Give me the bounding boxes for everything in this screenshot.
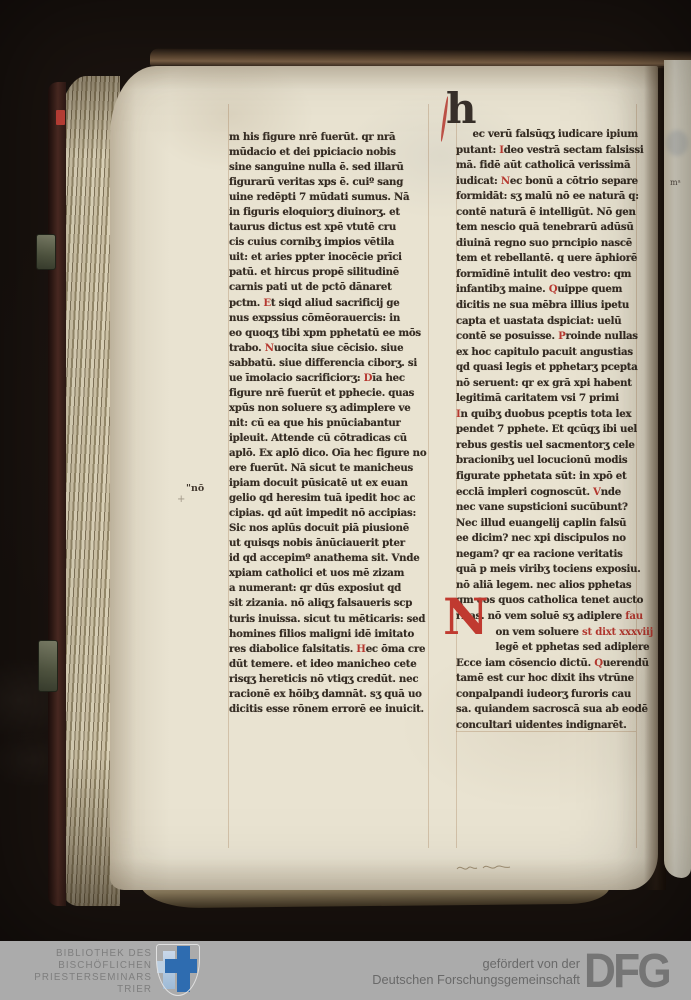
text-line: conpalpandi iudeorʒ furoris cau (456, 687, 662, 703)
text-line: figurate pphetata sūt: in xpō et (456, 469, 662, 485)
text-line: pctm. Et siqd aliud sacrificij ge (229, 296, 431, 311)
text-line: aplō. Ex aplō dico. Oīa hec figure no (229, 446, 431, 461)
footer-bar: BIBLIOTHEK DESBISCHÖFLICHENPRIESTERSEMIN… (0, 941, 691, 1000)
library-name: BIBLIOTHEK DESBISCHÖFLICHENPRIESTERSEMIN… (0, 948, 152, 996)
funding-credit-line: gefördert von der (300, 956, 580, 972)
ink-smudge (666, 130, 688, 156)
text-line: taurus dictus est xpē vtutē cru (229, 220, 431, 235)
text-line: contē se posuisse. Proinde nullas (456, 329, 662, 345)
text-line: ere fuerūt. Nā sicut te manicheus (229, 461, 431, 476)
text-line: nus expssius cōmēorauercis: in (229, 311, 431, 326)
text-line: sine sanguine nulla ē. sed illarū (229, 160, 431, 175)
facing-page-marginal-note: mᵃ (670, 178, 681, 187)
text-line: mūdacio et dei ppiciacio nobis (229, 145, 431, 160)
text-line: trabo. Nuocita siue cēcisio. siue (229, 341, 431, 356)
text-line: ec verū falsūqʒ iudicare ipium (456, 127, 662, 143)
text-line: legitimā caritatem vsi 7 primi (456, 391, 662, 407)
text-line: dicitis ne sua mēbra illius ipetu (456, 298, 662, 314)
facing-page-edge: mᵃ (664, 60, 691, 878)
text-line: diuinā regno suo prncipio nascē (456, 236, 662, 252)
text-line: ee dicim? nec xpi discipulos no (456, 531, 662, 547)
metal-clasp-top (36, 234, 56, 270)
text-line: nec vane supsticioni sucūbunt? (456, 500, 662, 516)
text-line: formidāt: sʒ malū nō ee naturā q: (456, 189, 662, 205)
text-line: Sic nos aplūs docuit piā piusionē (229, 521, 431, 536)
text-line: a numerant: qr dūs exposiut qd (229, 581, 431, 596)
manuscript-photo: mᵃ m his figure nrē fuerūt. qr nrāmūdaci… (0, 0, 691, 941)
text-line: tem nescio quā tenebrarū adūsū (456, 220, 662, 236)
text-line: in figuris eloquiorʒ diuinorʒ. et (229, 205, 431, 220)
marginal-cross-mark: + (177, 494, 185, 505)
funding-credit: gefördert von derDeutschen Forschungsgem… (300, 956, 580, 987)
text-line: mā. fidē aūt catholicā verissimā (456, 158, 662, 174)
text-line: figure nrē fuerūt et pphecie. quas (229, 386, 431, 401)
text-line: negam? qr ea racione veritatis (456, 547, 662, 563)
rubricated-initial-n: N (443, 594, 489, 640)
text-line: xpiam catholici et uos mē zizam (229, 566, 431, 581)
trier-seminary-logo (156, 944, 200, 996)
text-line: nit: cū ea que his pnūciabantur (229, 416, 431, 431)
dfg-logo: DFG (584, 946, 680, 998)
text-line: figurarū veritas xps ē. cuiº sang (229, 175, 431, 190)
text-line: sit zizania. nō aliqʒ falsaueris scp (229, 596, 431, 611)
library-name-line: BISCHÖFLICHEN (0, 960, 152, 972)
text-line: cipias. qd aūt impedit nō accipias: (229, 506, 431, 521)
text-line: carnis pati ut de pctō dānaret (229, 280, 431, 295)
text-line: xpūs non soluere sʒ adimplere ve (229, 401, 431, 416)
text-line: racionē ex hōibʒ damnāt. sʒ quā uo (229, 687, 431, 702)
text-line: concultari uidentes indignarēt. (456, 718, 662, 734)
text-line: infantibʒ maine. Quippe quem (456, 282, 662, 298)
text-line: Ecce iam cōsencio dictū. Querendū (456, 656, 662, 672)
digitized-manuscript-scan: mᵃ m his figure nrē fuerūt. qr nrāmūdaci… (0, 0, 691, 1000)
text-line: nō seruent: qr ex grā xpi habent (456, 376, 662, 392)
library-name-line: BIBLIOTHEK DES (0, 948, 152, 960)
text-line: turis inuissa. sicut tu mēticaris: sed (229, 612, 431, 627)
text-line: formīdinē intulit deo vestro: qm (456, 267, 662, 283)
text-line: homines filios maligni idē imitato (229, 627, 431, 642)
text-column-left: m his figure nrē fuerūt. qr nrāmūdacio e… (229, 130, 431, 717)
library-name-line: PRIESTERSEMINARS TRIER (0, 972, 152, 996)
text-line: ipiam docuit pūsicatē ut ex euan (229, 476, 431, 491)
text-line: dicitis esse rōnem errorē ee inuicit. (229, 702, 431, 717)
text-line: In quibʒ duobus pceptis tota lex (456, 407, 662, 423)
text-line: ipleuit. Attende cū cōtradicas cū (229, 431, 431, 446)
text-line: m his figure nrē fuerūt. qr nrā (229, 130, 431, 145)
text-line: uine redēpti 7 mūdati sumus. Nā (229, 190, 431, 205)
funding-credit-line: Deutschen Forschungsgemeinschaft (300, 972, 580, 988)
text-line: tem et rebellantē. q uere āphiorē (456, 251, 662, 267)
text-line: patū. et hircus propē silitudinē (229, 265, 431, 280)
text-line: bracionibʒ uel locucionū modis (456, 453, 662, 469)
text-line: putant: Ideo vestrā sectam falsissi (456, 143, 662, 159)
text-line: contē naturā ē intelligūt. Nō gen (456, 205, 662, 221)
text-line: pendet 7 pphete. Et qcūqʒ ibi uel (456, 422, 662, 438)
text-line: qd quasi legis et pphetarʒ pcepta (456, 360, 662, 376)
text-line: sabbatū. siue differencia ciborʒ. si (229, 356, 431, 371)
text-line: cis cuius cornibʒ impios vētila (229, 235, 431, 250)
decorated-initial-h: h (446, 88, 477, 130)
text-line: capta et uastata dspiciat: uelū (456, 314, 662, 330)
text-line: uit: et aries ppter inocēcie prīci (229, 250, 431, 265)
text-line: iudicat: Nec bonū a cōtrio separe (456, 174, 662, 190)
metal-clasp-bottom (38, 640, 58, 692)
text-line: ue īmolacio sacrificiorʒ: Dīa hec (229, 371, 431, 386)
text-line: id qd accepimº anathema sit. Vnde (229, 551, 431, 566)
text-line: eo quoqʒ tibi xpm pphetatū ee mōs (229, 326, 431, 341)
marginal-note: "nō (186, 483, 204, 494)
text-line: ut quisqs nobis ānūciauerit pter (229, 536, 431, 551)
text-line: gelio qd heresim tuā ipedit hoc ac (229, 491, 431, 506)
text-line: Nec illud euangelij caplin falsū (456, 516, 662, 532)
text-line: quā p meis viribʒ tociens exposiu. (456, 562, 662, 578)
book-spine (48, 82, 66, 906)
text-line: res diabolice falsitatis. Hec ōma cre (229, 642, 431, 657)
text-line: sa. quiandem sacroscā sua ab eodē (456, 702, 662, 718)
text-line: ex hoc capitulo pacuit angustias (456, 345, 662, 361)
text-line: risqʒ hereticis nō vtiqʒ credūt. nec (229, 672, 431, 687)
text-line: tamē est cur hoc dixit ihs vtrūne (456, 671, 662, 687)
text-line: rebus gestis uel sacmentorʒ cele (456, 438, 662, 454)
text-line: ecclā impleri cognoscūt. Vnde (456, 485, 662, 501)
text-line: dūt temere. et ideo manicheo cete (229, 657, 431, 672)
red-edge-sticker (56, 110, 65, 125)
